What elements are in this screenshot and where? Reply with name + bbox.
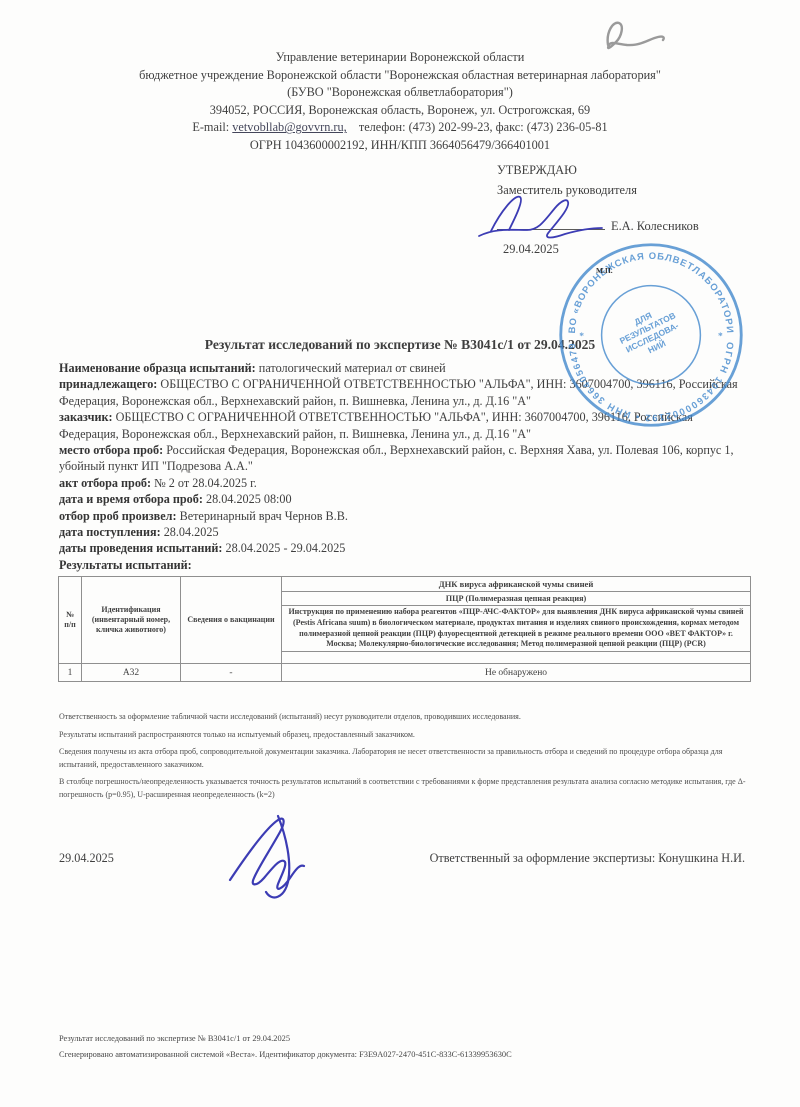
footer-expertise-ref: Результат исследований по экспертизе № В… [59,1031,749,1047]
approval-title: УТВЕРЖДАЮ [497,160,767,180]
field-label: дата поступления: [59,525,161,539]
org-line-contacts: E-mail: vetvobllab@govvrn.ru, телефон: (… [55,119,745,137]
test-method-full: Инструкция по применению набора реагенто… [282,606,751,652]
approver-name: Е.А. Колесников [611,219,699,233]
responsible-person: Ответственный за оформление экспертизы: … [430,851,745,866]
field-label: Результаты испытаний: [59,558,192,572]
field-sampler: отбор проб произвел: Ветеринарный врач Ч… [59,508,747,524]
test-target: ДНК вируса африканской чумы свиней [282,577,751,592]
scanned-document-page: Управление ветеринарии Воронежской облас… [0,0,800,1107]
org-line-authority: Управление ветеринарии Воронежской облас… [55,49,745,67]
org-line-abbrev: (БУВО "Воронежская облветлаборатория") [55,84,745,102]
phone-fax-text: телефон: (473) 202-99-23, факс: (473) 23… [359,120,608,134]
org-line-ogrn: ОГРН 1043600002192, ИНН/КПП 3664056479/3… [55,137,745,155]
field-label: заказчик: [59,410,113,424]
field-value: патологический материал от свиней [259,361,446,375]
field-value: 28.04.2025 08:00 [206,492,292,506]
stamp-star-right: * [718,332,723,342]
field-value: № 2 от 28.04.2025 г. [154,476,257,490]
approver-signature-icon [475,186,605,246]
note-item: В столбце погрешность/неопределенность у… [59,776,749,801]
cell-vaccination: - [181,664,282,682]
spacer-cell [282,652,751,664]
table-header-row-target: № п/п Идентификация (инвентарный номер, … [59,577,751,592]
field-test-dates: даты проведения испытаний: 28.04.2025 - … [59,540,747,556]
field-label: акт отбора проб: [59,476,151,490]
field-value: Ветеринарный врач Чернов В.В. [180,509,348,523]
field-label: дата и время отбора проб: [59,492,203,506]
email-label: E-mail: [192,120,229,134]
table-row: 1 А32 - Не обнаружено [59,664,751,682]
notes-list: Ответственность за оформление табличной … [59,711,749,807]
org-line-institution: бюджетное учреждение Воронежской области… [55,67,745,85]
field-receipt-date: дата поступления: 28.04.2025 [59,524,747,540]
cell-row-number: 1 [59,664,82,682]
responsible-signature-icon [220,812,340,902]
field-value: 28.04.2025 - 29.04.2025 [226,541,346,555]
field-sampling-place: место отбора проб: Российская Федерация,… [59,442,747,475]
col-header-vaccination: Сведения о вакцинации [181,577,282,664]
field-sampling-act: акт отбора проб: № 2 от 28.04.2025 г. [59,475,747,491]
field-label: принадлежащего: [59,377,157,391]
stamp-star-left: * [579,332,584,342]
field-label: отбор проб произвел: [59,509,177,523]
mp-mark: М.П. [596,266,613,275]
document-footer: Результат исследований по экспертизе № В… [59,1031,749,1063]
cell-result: Не обнаружено [282,664,751,682]
field-results-heading: Результаты испытаний: [59,557,747,573]
org-line-address: 394052, РОССИЯ, Воронежская область, Вор… [55,102,745,120]
col-header-identification: Идентификация (инвентарный номер, кличка… [82,577,181,664]
email-link[interactable]: vetvobllab@govvrn.ru, [232,120,346,134]
approval-signature-line: Е.А. Колесников [497,216,767,238]
signoff-date: 29.04.2025 [59,851,114,866]
test-method-short: ПЦР (Полимеразная цепная реакция) [282,592,751,606]
note-item: Ответственность за оформление табличной … [59,711,749,724]
round-stamp-icon: БУВО «ВОРОНЕЖСКАЯ ОБЛВЕТЛАБОРАТОРИЯ» ОГР… [556,240,746,430]
field-sampling-datetime: дата и время отбора проб: 28.04.2025 08:… [59,491,747,507]
field-label: Наименование образца испытаний: [59,361,256,375]
col-header-num: № п/п [59,577,82,664]
note-item: Результаты испытаний распространяются то… [59,729,749,742]
field-value: 28.04.2025 [164,525,219,539]
field-label: место отбора проб: [59,443,163,457]
organization-header: Управление ветеринарии Воронежской облас… [55,49,745,155]
cell-identification: А32 [82,664,181,682]
footer-generated-by: Сгенерировано автоматизированной системо… [59,1047,749,1063]
results-table: № п/п Идентификация (инвентарный номер, … [58,576,751,682]
field-label: даты проведения испытаний: [59,541,223,555]
note-item: Сведения получены из акта отбора проб, с… [59,746,749,771]
